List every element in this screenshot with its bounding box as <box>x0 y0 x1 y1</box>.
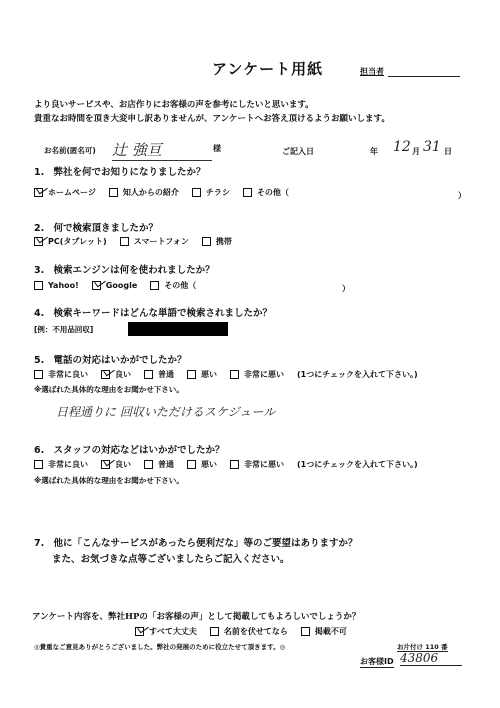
q6-option-average[interactable]: 普通 <box>144 459 174 470</box>
q2-heading: 2. 何で検索頂きましたか？ <box>34 220 158 234</box>
q6-option-good[interactable]: 良い <box>101 459 131 470</box>
q5-option-very-bad[interactable]: 非常に悪い <box>230 369 284 380</box>
year-label: 年 <box>370 146 378 157</box>
q5-number: 5. <box>34 355 44 366</box>
checkbox-checked-icon[interactable] <box>34 237 43 246</box>
q4-number: 4. <box>34 308 44 319</box>
q4-example: [例：不用品回収] <box>34 324 93 335</box>
checkbox-icon[interactable] <box>230 370 239 379</box>
checkbox-icon[interactable] <box>230 460 239 469</box>
q1-option-homepage[interactable]: ホームページ <box>34 187 96 198</box>
q5-heading: 5. 電話の対応はいかがでしたか？ <box>34 352 187 366</box>
q6-text: スタッフの対応などはいかがでしたか？ <box>54 445 225 456</box>
checkbox-checked-icon[interactable] <box>34 188 43 197</box>
q3-heading: 3. 検索エンジンは何を使われましたか？ <box>34 262 215 276</box>
q5-option-bad[interactable]: 悪い <box>187 369 217 380</box>
checkbox-icon[interactable] <box>109 188 118 197</box>
publish-option-all-ok[interactable]: すべて大丈夫 <box>135 626 197 637</box>
q6-option-very-bad[interactable]: 非常に悪い <box>230 459 284 470</box>
publish-question: アンケート内容を、弊社HPの「お客様の声」として掲載してもよろしいでしょうか？ <box>32 610 360 622</box>
thanks-message: ◎貴重なご意見ありがとうございました。弊社の発展のために役立たせて頂きます。◎ <box>34 642 285 651</box>
checkbox-checked-icon[interactable] <box>101 460 110 469</box>
checkbox-icon[interactable] <box>202 237 211 246</box>
publish-option-no[interactable]: 掲載不可 <box>301 626 347 637</box>
checkbox-icon[interactable] <box>150 281 159 290</box>
q1-heading: 1. 弊社を何でお知りになりましたか？ <box>34 164 206 178</box>
q1-number: 1. <box>34 167 44 178</box>
month-label: 月 <box>412 146 420 157</box>
page-title: アンケート用紙 <box>212 58 323 79</box>
q5-options: 非常に良い 良い 普通 悪い 非常に悪い (1つにチェックを入れて下さい。) <box>34 369 418 380</box>
q4-answer-redacted <box>128 322 228 336</box>
q3-options: Yahoo! Google その他（ <box>34 280 205 291</box>
checkbox-icon[interactable] <box>210 627 219 636</box>
q4-heading: 4. 検索キーワードはどんな単語で検索されましたか？ <box>34 305 272 319</box>
checkbox-checked-icon[interactable] <box>92 281 101 290</box>
checkbox-icon[interactable] <box>243 188 252 197</box>
q7-answer[interactable] <box>52 568 452 608</box>
q5-instruction: (1つにチェックを入れて下さい。) <box>297 369 418 380</box>
q1-options: ホームページ 知人からの紹介 チラシ その他（ <box>34 187 298 198</box>
q2-options: PC(タブレット) スマートフォン 携帯 <box>34 236 241 247</box>
honorific: 様 <box>213 143 221 154</box>
checkbox-checked-icon[interactable] <box>101 370 110 379</box>
q1-option-other[interactable]: その他（ <box>243 187 289 198</box>
q7-heading: 7. 他に「こんなサービスがあったら便利だな」等のご要望はありますか？ <box>34 535 357 549</box>
checkbox-checked-icon[interactable] <box>135 627 144 636</box>
q6-instruction: (1つにチェックを入れて下さい。) <box>297 459 418 470</box>
checkbox-icon[interactable] <box>192 188 201 197</box>
day-field[interactable]: 31 <box>423 139 441 155</box>
q2-option-smartphone[interactable]: スマートフォン <box>120 236 189 247</box>
q3-option-other[interactable]: その他（ <box>150 280 196 291</box>
q6-reason-answer[interactable] <box>56 490 456 520</box>
q6-options: 非常に良い 良い 普通 悪い 非常に悪い (1つにチェックを入れて下さい。) <box>34 459 418 470</box>
checkbox-icon[interactable] <box>144 370 153 379</box>
q7-number: 7. <box>34 538 44 549</box>
q5-reason-prompt: ※選ばれた具体的な理由をお聞かせ下さい。 <box>34 384 184 395</box>
checkbox-icon[interactable] <box>120 237 129 246</box>
intro-line-1: より良いサービスや、お店作りにお客様の声を参考にしたいと思います。 <box>34 98 314 110</box>
q5-reason-answer[interactable]: 日程通りに 回収いただけるスケジュール <box>56 403 275 420</box>
staff-field[interactable] <box>388 76 460 77</box>
name-field[interactable]: 辻 強亘 <box>112 139 212 161</box>
q3-text: 検索エンジンは何を使われましたか？ <box>54 265 215 276</box>
staff-label: 担当者 <box>360 66 384 77</box>
q1-option-flyer[interactable]: チラシ <box>192 187 230 198</box>
checkbox-icon[interactable] <box>34 460 43 469</box>
checkbox-icon[interactable] <box>34 281 43 290</box>
checkbox-icon[interactable] <box>144 460 153 469</box>
customer-id-label: お客様ID <box>360 656 394 668</box>
checkbox-icon[interactable] <box>34 370 43 379</box>
q5-text: 電話の対応はいかがでしたか？ <box>54 355 187 366</box>
q2-option-pc[interactable]: PC(タブレット) <box>34 236 107 247</box>
q1-close-paren: ） <box>458 190 466 201</box>
month-field[interactable]: 12 <box>393 139 411 155</box>
checkbox-icon[interactable] <box>187 460 196 469</box>
checkbox-icon[interactable] <box>187 370 196 379</box>
checkbox-icon[interactable] <box>301 627 310 636</box>
publish-option-anonymous[interactable]: 名前を伏せてなら <box>210 626 288 637</box>
q4-text: 検索キーワードはどんな単語で検索されましたか？ <box>54 308 273 319</box>
q3-option-google[interactable]: Google <box>92 281 137 290</box>
q7-text-2: また、お気づきな点等ございましたらご記入ください。 <box>52 551 290 565</box>
publish-options: すべて大丈夫 名前を伏せてなら 掲載不可 <box>135 626 356 637</box>
q1-text: 弊社を何でお知りになりましたか？ <box>54 167 206 178</box>
q6-option-very-good[interactable]: 非常に良い <box>34 459 88 470</box>
q3-option-yahoo[interactable]: Yahoo! <box>34 281 79 290</box>
q2-text: 何で検索頂きましたか？ <box>54 223 159 234</box>
q6-reason-prompt: ※選ばれた具体的な理由をお聞かせ下さい。 <box>34 475 184 486</box>
q6-option-bad[interactable]: 悪い <box>187 459 217 470</box>
q7-text: 他に「こんなサービスがあったら便利だな」等のご要望はありますか？ <box>54 538 358 549</box>
q5-option-good[interactable]: 良い <box>101 369 131 380</box>
q5-option-average[interactable]: 普通 <box>144 369 174 380</box>
customer-id-value: 43806 <box>400 651 462 666</box>
q5-option-very-good[interactable]: 非常に良い <box>34 369 88 380</box>
name-label: お名前(匿名可) <box>44 145 96 156</box>
q6-heading: 6. スタッフの対応などはいかがでしたか？ <box>34 442 225 456</box>
q2-option-mobile[interactable]: 携帯 <box>202 236 232 247</box>
q1-option-referral[interactable]: 知人からの紹介 <box>109 187 179 198</box>
q6-number: 6. <box>34 445 44 456</box>
date-label: ご記入日 <box>282 146 314 157</box>
intro-line-2: 貴重なお時間を頂き大変申し訳ありませんが、アンケートへお答え頂けるようお願いしま… <box>34 112 390 124</box>
q3-number: 3. <box>34 265 44 276</box>
day-label: 日 <box>444 146 452 157</box>
q3-close-paren: ） <box>342 283 350 294</box>
